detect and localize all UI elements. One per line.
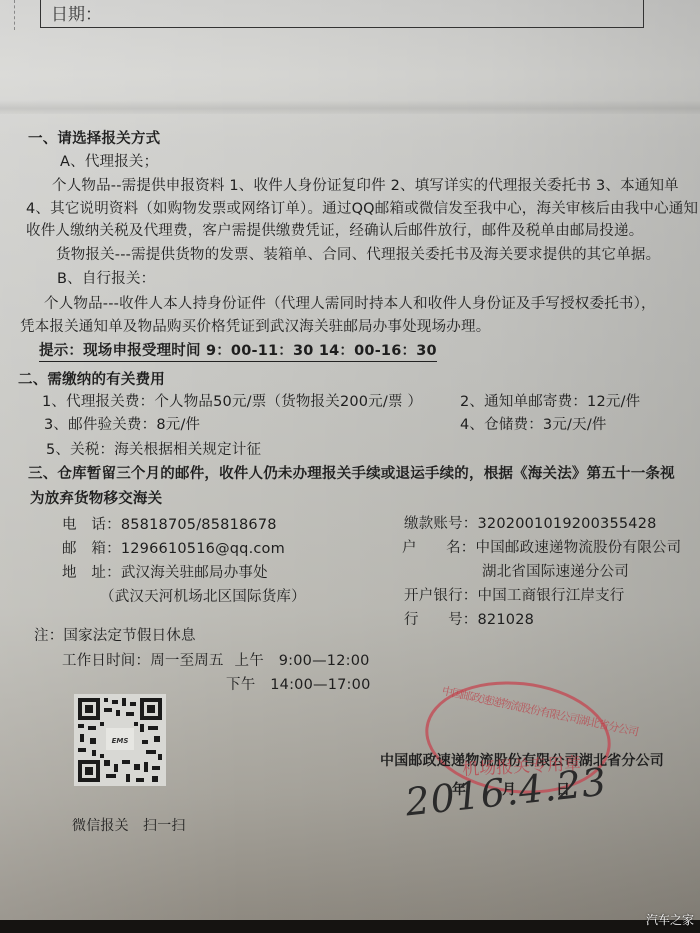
pm-label: 下午 <box>226 677 255 693</box>
section3-line1: 三、仓库暂留三个月的邮件，收件人仍未办理报关手续或退运手续的，根据《海关法》第五… <box>28 462 675 483</box>
bank-code-value: 821028 <box>478 612 535 628</box>
address-value: 武汉海关驻邮局办事处 <box>121 565 268 581</box>
section1-a-line4: 货物报关---需提供货物的发票、装箱单、合同、代理报关委托书及海关要求提供的其它… <box>56 243 660 264</box>
bank-row: 开户银行：中国工商银行江岸支行 <box>404 584 625 605</box>
email-value: 1296610516@qq.com <box>121 541 285 557</box>
account-name-value: 中国邮政速递物流股份有限公司 <box>476 540 682 556</box>
section1-a-line3: 收件人缴纳关税及代理费，客户需提供缴费凭证，经确认后邮件放行，邮件及税单由邮局投… <box>26 219 643 240</box>
section1-b-line1: 个人物品---收件人本人持身份证件（代理人需同时持本人和收件人身份证及手写授权委… <box>44 292 656 313</box>
date-label: 日期： <box>51 0 102 25</box>
pm-time: 14:00—17:00 <box>270 677 370 693</box>
phone-value: 85818705/85818678 <box>121 517 277 533</box>
account-label: 缴款账号： <box>404 516 478 532</box>
address-row: 地 址：武汉海关驻邮局办事处 <box>62 561 268 582</box>
workday-hours-row: 工作日时间：周一至周五 上午 9:00—12:00 <box>62 649 370 670</box>
account-name-label: 户 名： <box>402 540 476 556</box>
date-box: 日期： <box>40 0 644 28</box>
fee-item-5: 5、关税：海关根据相关规定计征 <box>46 438 261 459</box>
am-time: 9:00—12:00 <box>279 653 370 669</box>
table-edge <box>0 920 700 933</box>
section1-a-line2: 4、其它说明资料（如购物发票或网络订单）。通过QQ邮箱或微信发至我中心，海关审核… <box>26 197 698 218</box>
qr-logo-text: EMS <box>112 737 129 745</box>
section1-tip: 提示：现场申报受理时间 9：00-11：30 14：00-16：30 <box>39 339 437 362</box>
am-label: 上午 <box>235 653 264 669</box>
perforation-line <box>14 0 16 30</box>
phone-row: 电 话：85818705/85818678 <box>62 513 277 534</box>
section3-line2: 为放弃货物移交海关 <box>30 487 162 508</box>
qr-code-icon[interactable]: EMS <box>74 690 166 790</box>
section2-title: 二、需缴纳的有关费用 <box>18 368 165 389</box>
section1-title: 一、请选择报关方式 <box>28 127 160 148</box>
watermark: 汽车之家 <box>646 911 694 928</box>
pm-hours-row: 下午 14:00—17:00 <box>226 673 371 694</box>
account-name-line2: 湖北省国际速递分公司 <box>482 560 629 581</box>
section1-a-line1: 个人物品--需提供申报资料 1、收件人身份证复印件 2、填写详实的代理报关委托书… <box>52 174 679 195</box>
account-name-row: 户 名：中国邮政速递物流股份有限公司 <box>402 536 681 557</box>
email-row: 邮 箱：1296610516@qq.com <box>62 537 285 558</box>
bank-code-row: 行 号：821028 <box>404 608 534 629</box>
holiday-note: 注：国家法定节假日休息 <box>34 624 196 645</box>
bank-label: 开户银行： <box>404 588 478 604</box>
fee-item-3: 3、邮件验关费：8元/件 <box>44 413 200 434</box>
section1-b-line2: 凭本报关通知单及物品购买价格凭证到武汉海关驻邮局办事处现场办理。 <box>20 315 490 336</box>
account-value: 3202001019200355428 <box>478 516 657 532</box>
address-label: 地 址： <box>62 565 121 581</box>
bank-code-label: 行 号： <box>404 612 478 628</box>
fee-item-2: 2、通知单邮寄费：12元/件 <box>460 390 640 411</box>
paper-fold <box>0 100 700 114</box>
fee-item-1: 1、代理报关费：个人物品50元/票（货物报关200元/票 ） <box>42 390 422 411</box>
email-label: 邮 箱： <box>62 541 121 557</box>
bank-value: 中国工商银行江岸支行 <box>478 588 625 604</box>
qr-caption: 微信报关 扫一扫 <box>72 815 186 835</box>
fee-item-4: 4、仓储费：3元/天/件 <box>460 413 607 434</box>
address-line2: （武汉天河机场北区国际货库） <box>100 585 306 606</box>
section1-b-title: B、自行报关： <box>57 267 155 288</box>
section1-a-title: A、代理报关； <box>60 150 158 171</box>
account-row: 缴款账号：3202001019200355428 <box>404 512 657 533</box>
phone-label: 电 话： <box>62 517 121 533</box>
workdays-label: 工作日时间：周一至周五 <box>62 653 224 669</box>
